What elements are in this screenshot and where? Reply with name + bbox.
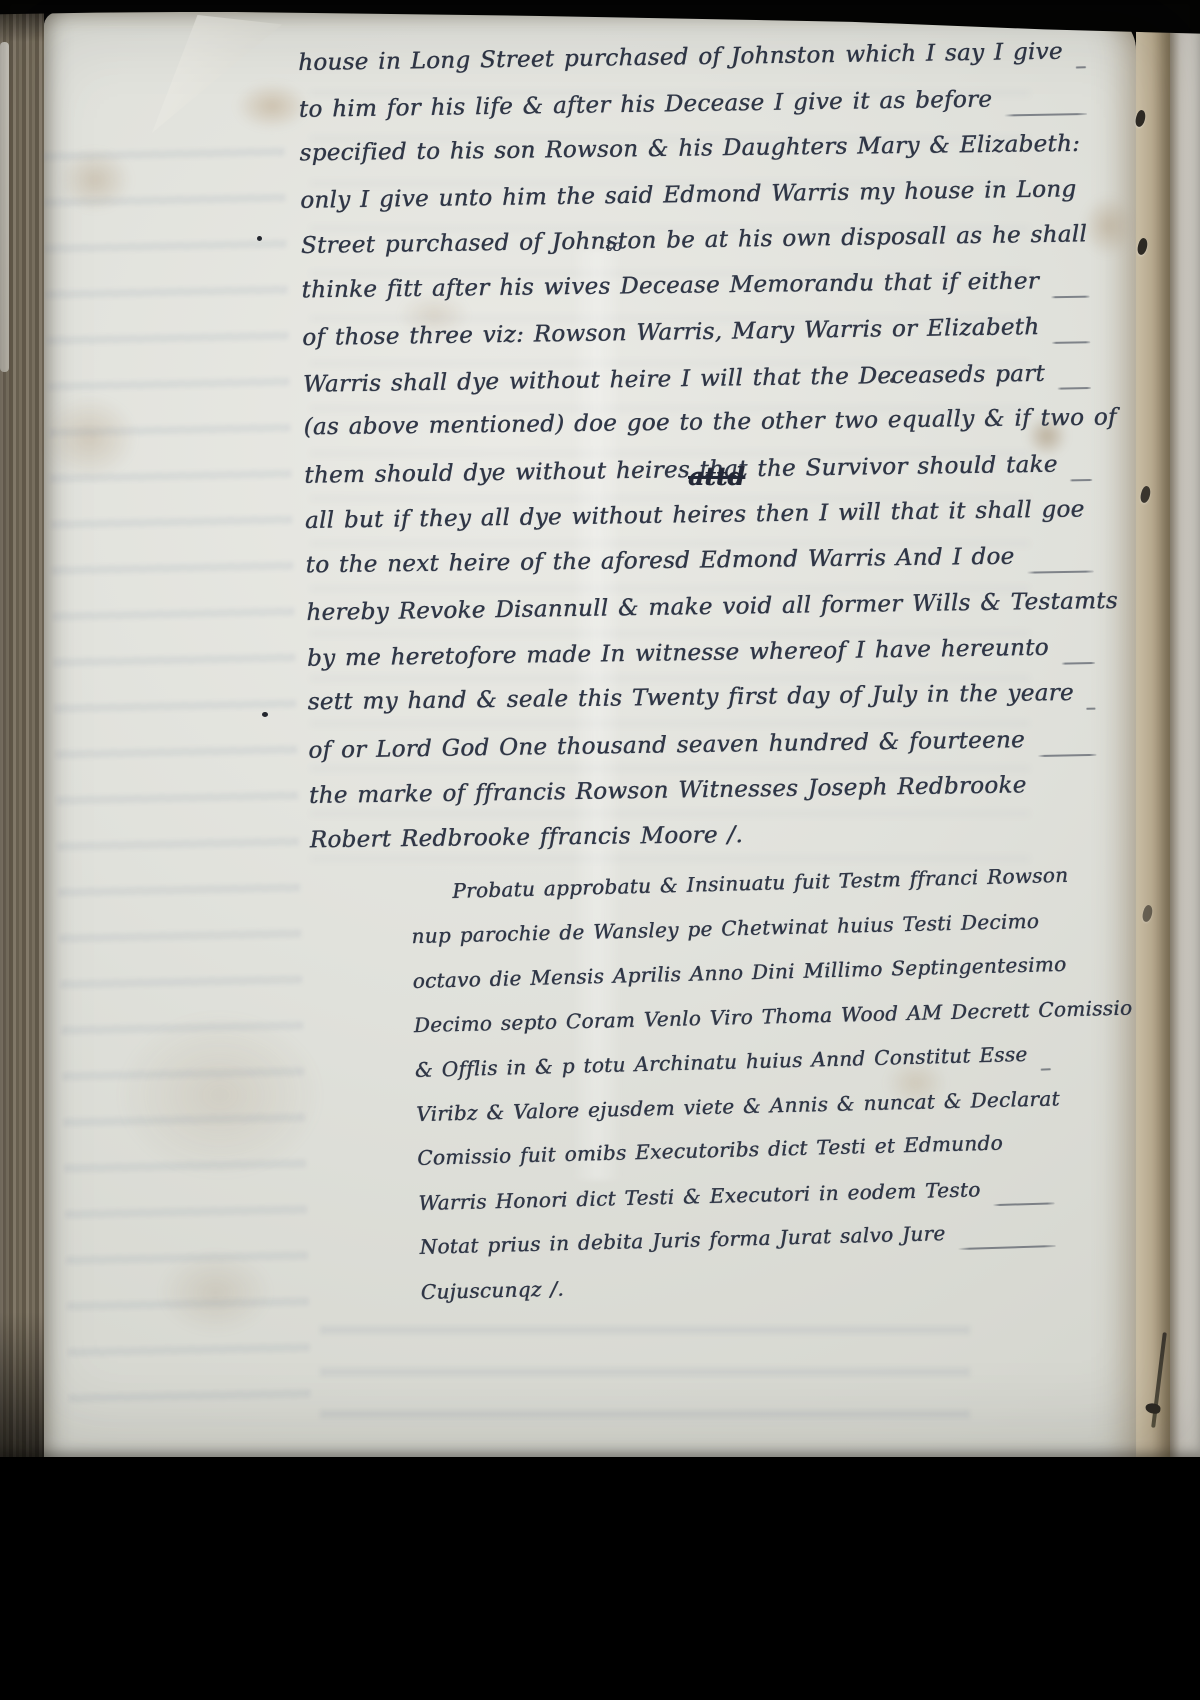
stain — [158, 1250, 273, 1335]
line-filler-dash — [1052, 341, 1091, 344]
stain — [42, 395, 137, 480]
line-filler-dash — [1040, 1068, 1051, 1070]
binding-gutter — [1136, 14, 1170, 1457]
line-filler-dash — [1037, 754, 1096, 757]
ink-dot — [262, 712, 268, 717]
photo-background — [0, 1457, 1200, 1700]
line-filler-dash — [958, 1245, 1056, 1250]
manuscript-photo: house in Long Street purchased of Johnst… — [0, 0, 1200, 1457]
line-filler-dash — [1051, 295, 1090, 298]
will-line: to the next heire of the aforesd Edmond … — [306, 542, 1099, 597]
line-filler-dash — [1086, 708, 1096, 710]
inserted-word: to — [606, 236, 622, 255]
line-filler-dash — [1027, 570, 1094, 573]
line-filler-dash — [1075, 66, 1086, 68]
line-filler-dash — [1061, 662, 1095, 665]
book-fore-edge — [0, 8, 44, 1457]
will-text-block: house in Long Street purchased of Johnst… — [298, 38, 1102, 874]
line-filler-dash — [1004, 113, 1087, 117]
line-filler-dash — [1070, 479, 1093, 481]
stain — [115, 1010, 325, 1180]
probate-text-block: Probatu approbatu & Insinuatu fuit Testm… — [410, 863, 1061, 1324]
struck-out-word: attd — [688, 462, 745, 491]
facing-page-sliver — [1170, 20, 1200, 1457]
will-line: thinke fitt after his wives Decease Memo… — [301, 268, 1094, 323]
ink-dot — [257, 236, 262, 241]
line-filler-dash — [1057, 387, 1091, 390]
line-filler-dash — [993, 1202, 1055, 1206]
stain — [58, 148, 132, 212]
